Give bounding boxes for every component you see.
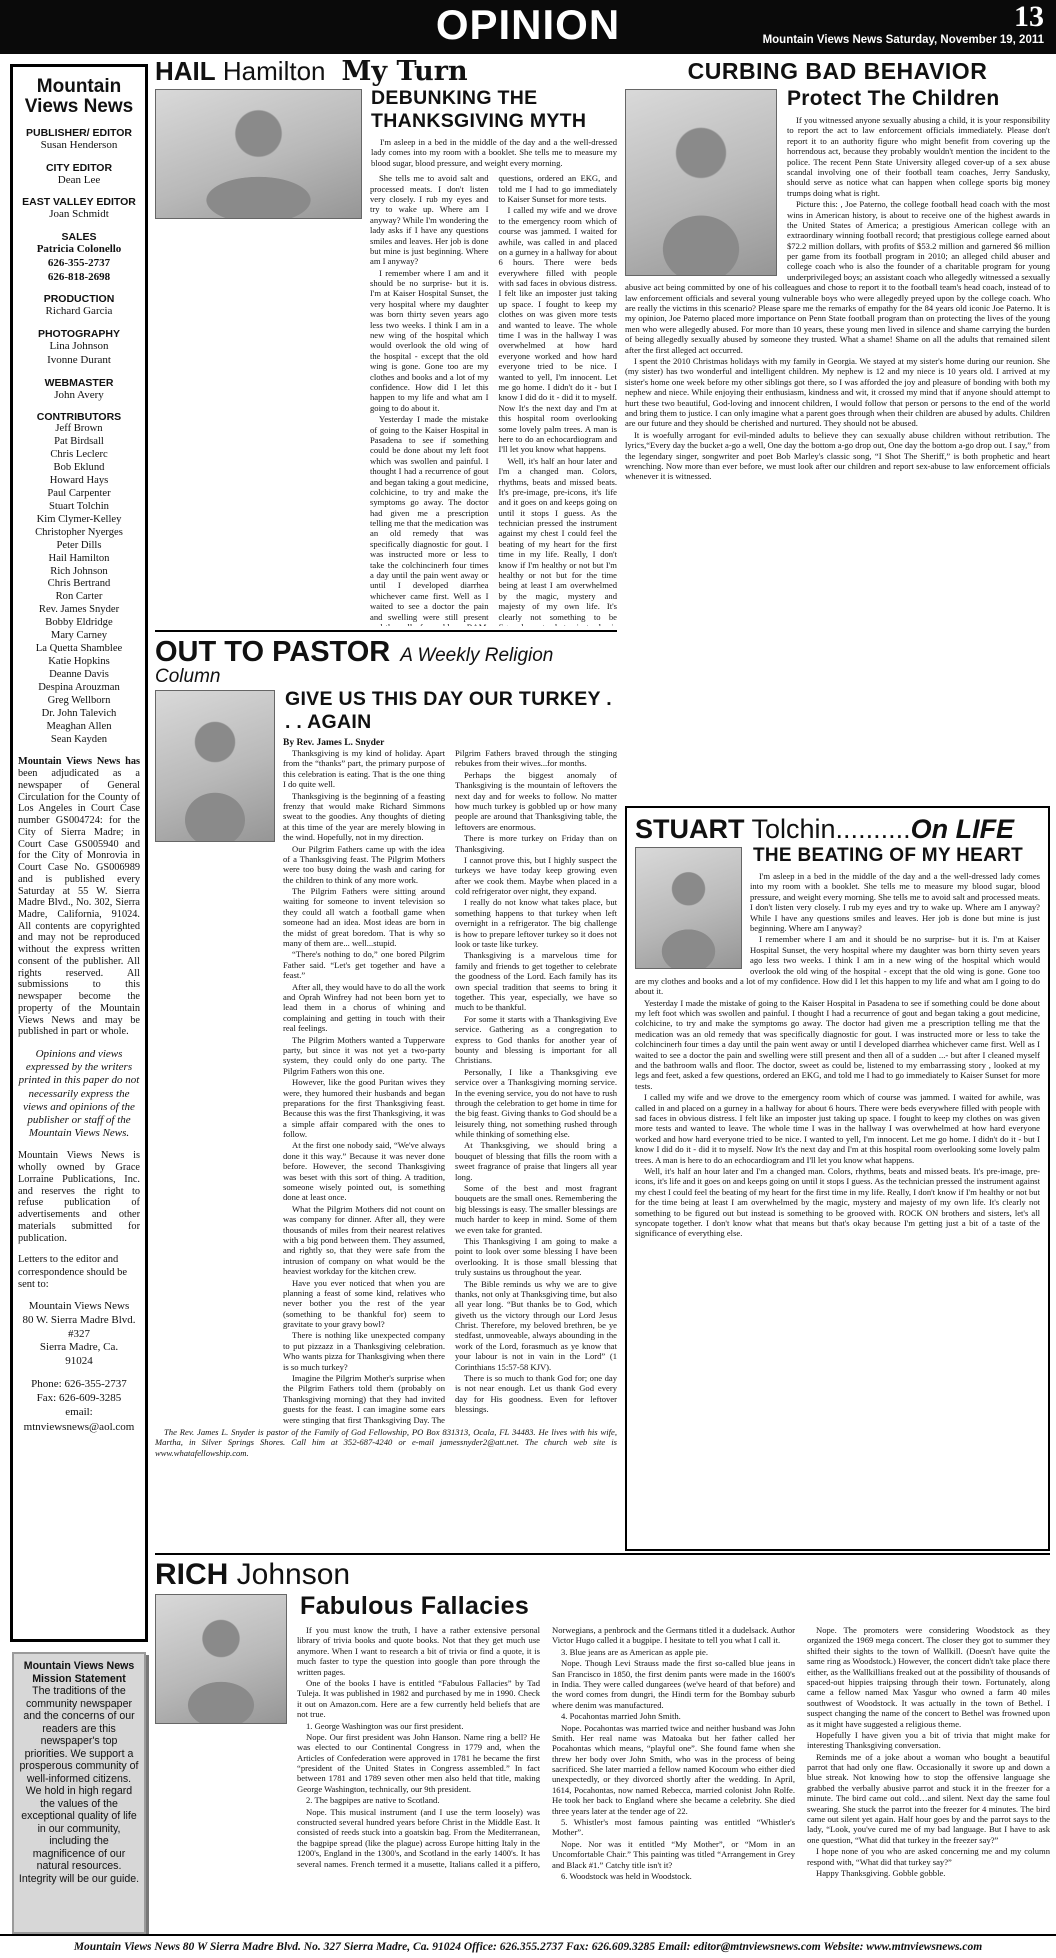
main-content: HAIL HamiltonMy Turn DEBUNKING THE THANK…: [155, 56, 1050, 1934]
page-number: 13: [1014, 0, 1044, 34]
curbing-author-photo: [625, 89, 777, 276]
author-last-name: Hamilton: [216, 56, 326, 86]
adjudication-notice: Mountain Views News has been adjudicated…: [18, 756, 140, 1038]
contributors-list: Jeff Brown Pat Birdsall Chris Leclerc Bo…: [18, 423, 140, 746]
fallacies-body: If you must know the truth, I have a rat…: [297, 1625, 1050, 1925]
mission-body: The traditions of the community newspape…: [18, 1685, 140, 1885]
contributors-label: CONTRIBUTORS: [18, 411, 140, 423]
photography-names: Lina Johnson Ivonne Durant: [18, 340, 140, 368]
tolchin-section-header: STUART Tolchin..........On LIFE: [635, 816, 1040, 843]
fallacies-headline: Fabulous Fallacies: [300, 1592, 1050, 1621]
mission-heading: Mountain Views News Mission Statement: [18, 1660, 140, 1685]
letters-note: Letters to the editor and correspondence…: [18, 1254, 140, 1292]
opinions-disclaimer: Opinions and views expressed by the writ…: [18, 1048, 140, 1140]
city-editor-label: CITY EDITOR: [18, 162, 140, 174]
curbing-kicker: CURBING BAD BEHAVIOR: [625, 58, 1050, 85]
pastor-section-header: OUT TO PASTORA Weekly Religion Column: [155, 638, 617, 686]
stuart-tolchin-photo: [635, 847, 742, 969]
my-turn-headline: DEBUNKING THE THANKSGIVING MYTH: [371, 87, 617, 133]
column-name: My Turn: [342, 56, 468, 87]
my-turn-section-header: HAIL HamiltonMy Turn: [155, 58, 617, 85]
masthead-title: Mountain Views News: [18, 77, 140, 117]
rich-johnson-photo: [155, 1594, 287, 1724]
section-divider: [155, 630, 617, 632]
publisher-name: Susan Henderson: [18, 139, 140, 153]
pastor-footnote: The Rev. James L. Snyder is pastor of th…: [155, 1427, 617, 1458]
tolchin-headline: THE BEATING OF MY HEART: [753, 845, 1040, 867]
masthead-sidebar: Mountain Views News PUBLISHER/ EDITOR Su…: [10, 64, 148, 1642]
my-turn-body: She tells me to avoid salt and processed…: [370, 173, 617, 626]
photography-label: PHOTOGRAPHY: [18, 328, 140, 340]
pastor-headline: GIVE US THIS DAY OUR TURKEY . . . AGAIN: [285, 688, 617, 734]
masthead-dateline: Mountain Views News Saturday, November 1…: [763, 34, 1044, 46]
james-snyder-photo: [155, 690, 275, 842]
footer-contact-line: Mountain Views News 80 W Sierra Madre Bl…: [74, 1941, 982, 1953]
publisher-label: PUBLISHER/ EDITOR: [18, 127, 140, 139]
contact-info: Phone: 626-355-2737 Fax: 626-609-3285 em…: [18, 1377, 140, 1434]
webmaster-label: WEBMASTER: [18, 377, 140, 389]
rich-last-name: Johnson: [228, 1558, 350, 1591]
opinion-banner: OPINION 13 Mountain Views News Saturday,…: [0, 0, 1056, 54]
city-editor-name: Dean Lee: [18, 174, 140, 188]
hail-hamilton-photo: [155, 89, 362, 219]
pastor-body: Thanksgiving is my kind of holiday. Apar…: [283, 748, 617, 1425]
author-first-name: HAIL: [155, 56, 216, 86]
pastor-section-title: OUT TO PASTOR: [155, 636, 390, 668]
fallacies-section-header: RICH Johnson: [155, 1560, 1050, 1590]
article-out-to-pastor: OUT TO PASTORA Weekly Religion Column GI…: [155, 636, 617, 1556]
sales-label: SALES: [18, 231, 140, 243]
sales-names: Patricia Colonello 626-355-2737 626-818-…: [18, 243, 140, 284]
rich-first-name: RICH: [155, 1558, 228, 1591]
east-valley-editor-label: EAST VALLEY EDITOR: [18, 196, 140, 208]
my-turn-lead: I'm asleep in a bed in the middle of the…: [371, 137, 617, 169]
east-valley-editor-name: Joan Schmidt: [18, 208, 140, 222]
webmaster-name: John Avery: [18, 389, 140, 403]
article-my-turn: HAIL HamiltonMy Turn DEBUNKING THE THANK…: [155, 56, 617, 626]
production-name: Richard Garcia: [18, 305, 140, 319]
ownership-notice: Mountain Views News is wholly owned by G…: [18, 1150, 140, 1244]
article-fabulous-fallacies: RICH Johnson Fabulous Fallacies If you m…: [155, 1553, 1050, 1910]
tolchin-first-name: STUART: [635, 814, 745, 844]
production-label: PRODUCTION: [18, 293, 140, 305]
mailing-address: Mountain Views News 80 W. Sierra Madre B…: [18, 1300, 140, 1369]
article-on-life: STUART Tolchin..........On LIFE THE BEAT…: [625, 806, 1050, 1551]
newspaper-page: OPINION 13 Mountain Views News Saturday,…: [0, 0, 1056, 1958]
tolchin-column-name: On LIFE: [911, 814, 1015, 844]
page-footer: Mountain Views News 80 W Sierra Madre Bl…: [0, 1934, 1056, 1958]
article-curbing-bad-behavior: CURBING BAD BEHAVIOR Protect The Childre…: [625, 56, 1050, 806]
tolchin-last-name: Tolchin..........: [745, 814, 911, 844]
mission-statement-box: Mountain Views News Mission Statement Th…: [12, 1652, 146, 1934]
